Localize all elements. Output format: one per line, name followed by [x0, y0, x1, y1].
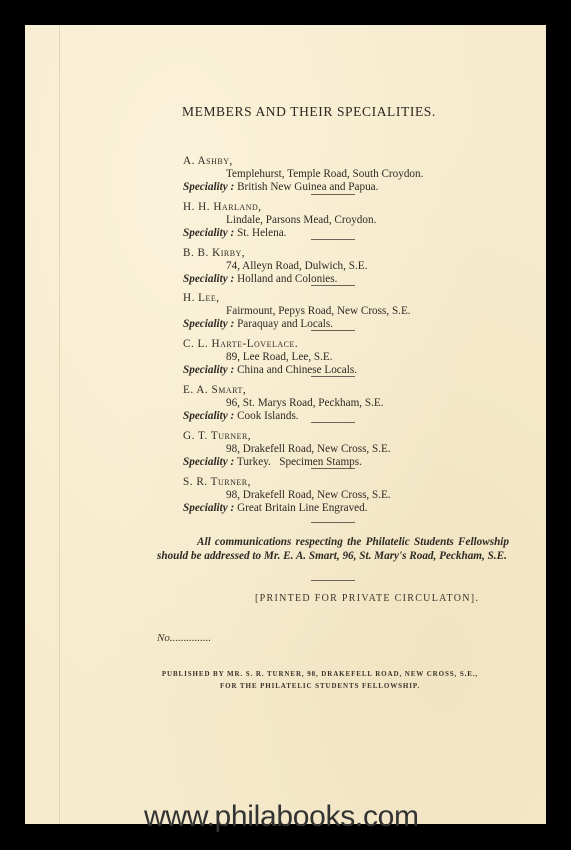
member-entry: G. T. Turner, 98, Drakefell Road, New Cr…: [183, 430, 523, 469]
member-speciality: Speciality : British New Guinea and Papu…: [183, 181, 523, 194]
speciality-label: Speciality :: [183, 456, 234, 468]
speciality-value: British New Guinea and Papua.: [237, 181, 378, 193]
member-entry: B. B. Kirby, 74, Alleyn Road, Dulwich, S…: [183, 247, 523, 286]
speciality-label: Speciality :: [183, 410, 234, 422]
document-page: MEMBERS AND THEIR SPECIALITIES. A. Ashby…: [25, 25, 546, 824]
watermark-url: www.philabooks.com: [144, 800, 419, 834]
speciality-value: Turkey. Specimen Stamps.: [237, 456, 362, 468]
separator: [311, 239, 355, 240]
speciality-value: Holland and Colonies.: [237, 273, 337, 285]
page-fold-line: [59, 25, 60, 824]
member-address: Fairmount, Pepys Road, New Cross, S.E.: [183, 305, 523, 318]
separator: [311, 194, 355, 195]
speciality-value: Paraquay and Locals.: [237, 318, 333, 330]
speciality-value: China and Chinese Locals.: [237, 364, 357, 376]
member-name: A. Ashby,: [183, 155, 523, 168]
member-entry: H. Lee, Fairmount, Pepys Road, New Cross…: [183, 292, 523, 331]
communications-notice: All communications respecting the Philat…: [157, 536, 509, 563]
separator: [311, 522, 355, 523]
member-name: G. T. Turner,: [183, 430, 523, 443]
member-address: 89, Lee Road, Lee, S.E.: [183, 351, 523, 364]
private-circulation-note: [PRINTED FOR PRIVATE CIRCULATON].: [255, 593, 479, 604]
publisher-imprint: PUBLISHED BY MR. S. R. TURNER, 98, DRAKE…: [135, 668, 505, 692]
separator: [311, 468, 355, 469]
publisher-line-1: PUBLISHED BY MR. S. R. TURNER, 98, DRAKE…: [135, 668, 505, 680]
page-title: MEMBERS AND THEIR SPECIALITIES.: [182, 104, 436, 120]
separator: [311, 580, 355, 581]
speciality-label: Speciality :: [183, 227, 234, 239]
speciality-value: Cook Islands.: [237, 410, 299, 422]
member-address: 74, Alleyn Road, Dulwich, S.E.: [183, 260, 523, 273]
member-entry: E. A. Smart, 96, St. Marys Road, Peckham…: [183, 384, 523, 423]
speciality-label: Speciality :: [183, 364, 234, 376]
member-address: Lindale, Parsons Mead, Croydon.: [183, 214, 523, 227]
separator: [311, 285, 355, 286]
separator: [311, 330, 355, 331]
separator: [311, 422, 355, 423]
member-address: 98, Drakefell Road, New Cross, S.E.: [183, 489, 523, 502]
copy-number-line: No...............: [157, 632, 211, 644]
member-name: S. R. Turner,: [183, 476, 523, 489]
member-name: C. L. Harte-Lovelace.: [183, 338, 523, 351]
speciality-label: Speciality :: [183, 318, 234, 330]
member-entry: C. L. Harte-Lovelace. 89, Lee Road, Lee,…: [183, 338, 523, 377]
member-address: 98, Drakefell Road, New Cross, S.E.: [183, 443, 523, 456]
speciality-label: Speciality :: [183, 502, 234, 514]
member-name: H. H. Harland,: [183, 201, 523, 214]
publisher-line-2: FOR THE PHILATELIC STUDENTS FELLOWSHIP.: [135, 680, 505, 692]
speciality-value: Great Britain Line Engraved.: [237, 502, 367, 514]
member-name: E. A. Smart,: [183, 384, 523, 397]
member-entry: S. R. Turner, 98, Drakefell Road, New Cr…: [183, 476, 523, 515]
separator: [311, 376, 355, 377]
member-entry: A. Ashby, Templehurst, Temple Road, Sout…: [183, 155, 523, 194]
member-address: Templehurst, Temple Road, South Croydon.: [183, 168, 523, 181]
member-speciality: Speciality : Great Britain Line Engraved…: [183, 502, 523, 515]
member-name: H. Lee,: [183, 292, 523, 305]
member-address: 96, St. Marys Road, Peckham, S.E.: [183, 397, 523, 410]
member-name: B. B. Kirby,: [183, 247, 523, 260]
speciality-label: Speciality :: [183, 181, 234, 193]
speciality-value: St. Helena.: [237, 227, 286, 239]
member-entry: H. H. Harland, Lindale, Parsons Mead, Cr…: [183, 201, 523, 240]
speciality-label: Speciality :: [183, 273, 234, 285]
